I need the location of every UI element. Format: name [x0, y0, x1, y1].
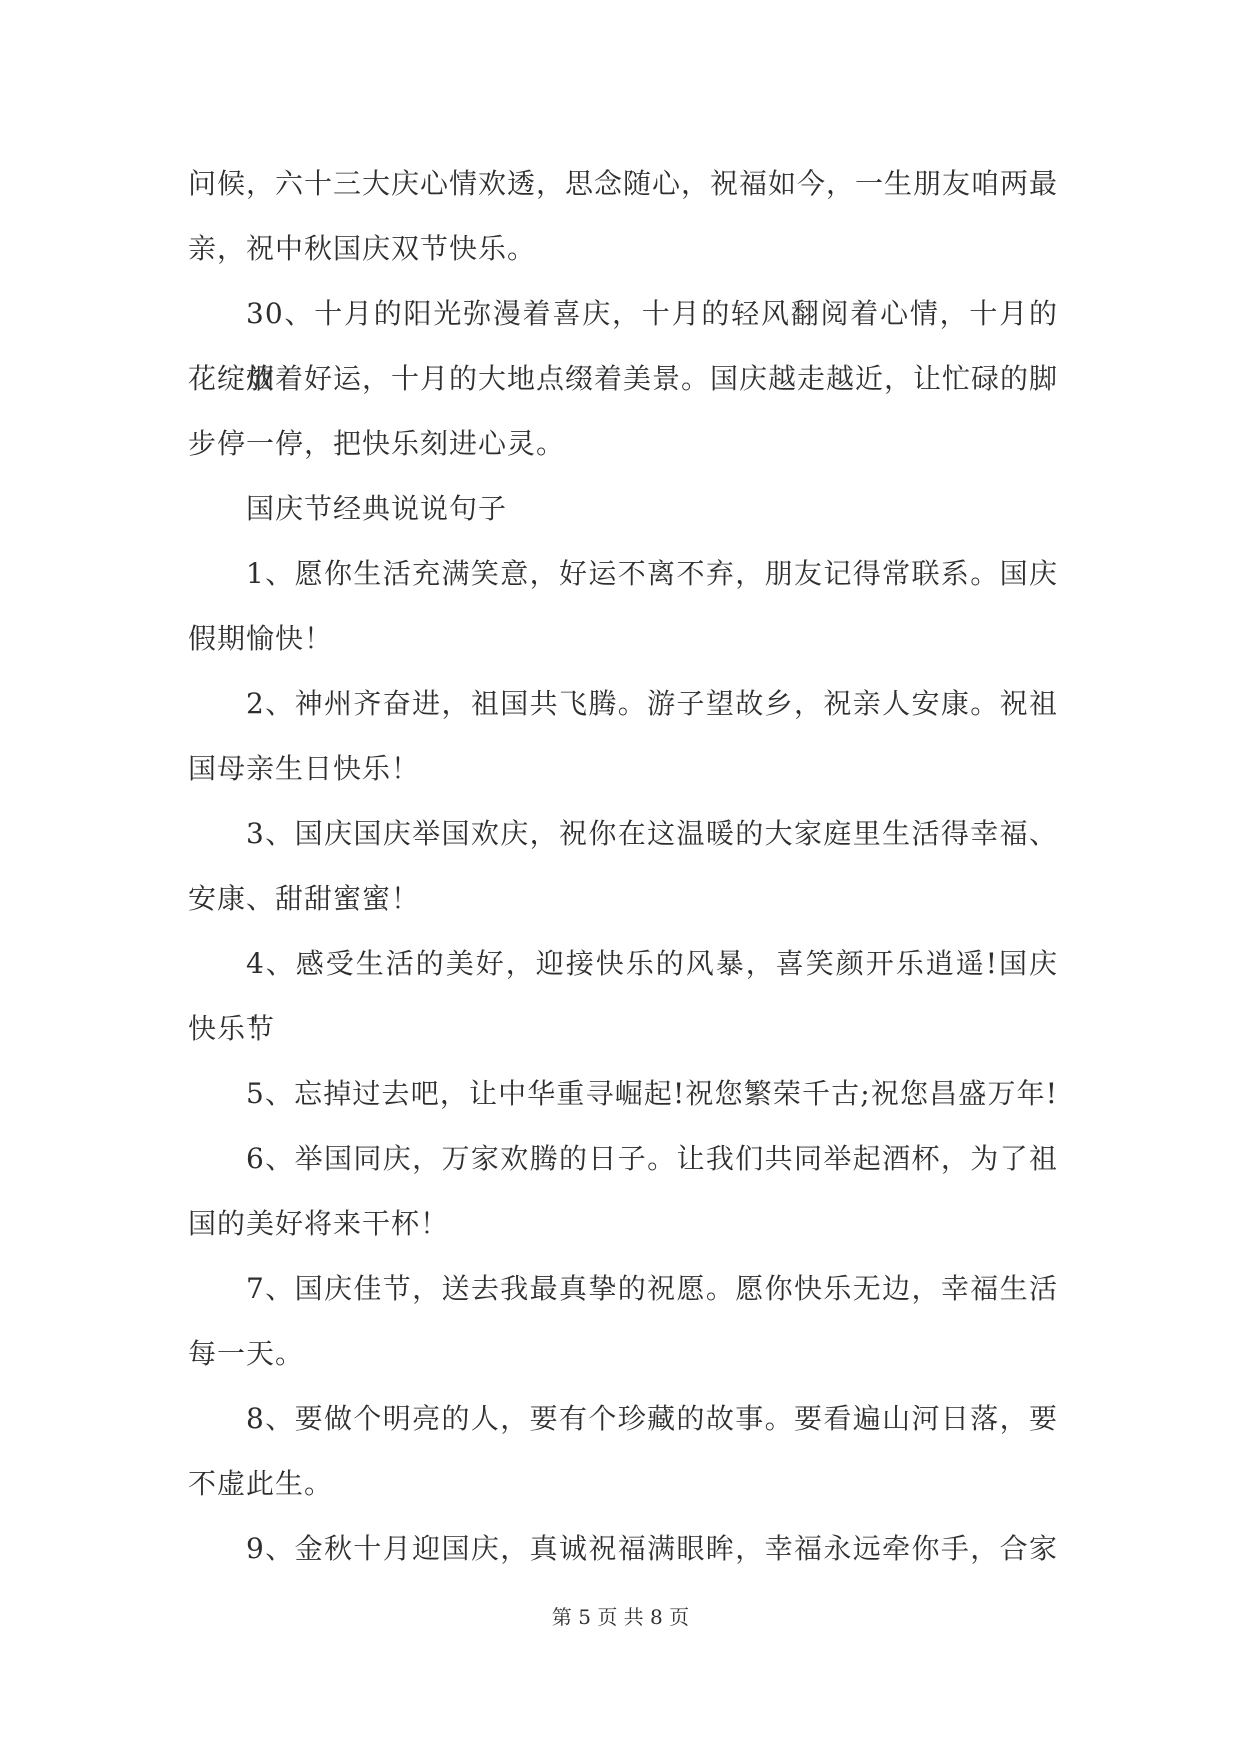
body-line-3: 30、十月的阳光弥漫着喜庆，十月的轻风翻阅着心情，十月的烟: [188, 281, 1058, 346]
body-line-4: 花绽放着好运，十月的大地点缀着美景。国庆越走越近，让忙碌的脚: [188, 346, 1058, 411]
body-line-16: 6、举国同庆，万家欢腾的日子。让我们共同举起酒杯，为了祖: [188, 1126, 1058, 1191]
body-line-8: 假期愉快！: [188, 606, 1058, 671]
body-line-20: 8、要做个明亮的人，要有个珍藏的故事。要看遍山河日落，要: [188, 1386, 1058, 1451]
body-line-13: 4、感受生活的美好，迎接快乐的风暴，喜笑颜开乐逍遥!国庆节: [188, 931, 1058, 996]
body-line-2: 亲，祝中秋国庆双节快乐。: [188, 216, 1058, 281]
body-line-18: 7、国庆佳节，送去我最真挚的祝愿。愿你快乐无边，幸福生活: [188, 1256, 1058, 1321]
body-line-1: 问候，六十三大庆心情欢透，思念随心，祝福如今，一生朋友咱两最: [188, 151, 1058, 216]
page-number-text: 第 5 页 共 8 页: [552, 1605, 689, 1629]
body-line-12: 安康、甜甜蜜蜜！: [188, 866, 1058, 931]
body-line-21: 不虚此生。: [188, 1451, 1058, 1516]
body-line-5: 步停一停，把快乐刻进心灵。: [188, 411, 1058, 476]
document-body: 问候，六十三大庆心情欢透，思念随心，祝福如今，一生朋友咱两最 亲，祝中秋国庆双节…: [188, 151, 1058, 1581]
body-line-11: 3、国庆国庆举国欢庆，祝你在这温暖的大家庭里生活得幸福、: [188, 801, 1058, 866]
body-line-10: 国母亲生日快乐！: [188, 736, 1058, 801]
body-line-19: 每一天。: [188, 1321, 1058, 1386]
body-line-9: 2、神州齐奋进，祖国共飞腾。游子望故乡，祝亲人安康。祝祖: [188, 671, 1058, 736]
page-footer: 第 5 页 共 8 页: [0, 1600, 1241, 1634]
document-page: 问候，六十三大庆心情欢透，思念随心，祝福如今，一生朋友咱两最 亲，祝中秋国庆双节…: [0, 0, 1241, 1754]
body-line-14: 快乐！: [188, 996, 1058, 1061]
section-heading: 国庆节经典说说句子: [188, 476, 1058, 541]
body-line-22: 9、金秋十月迎国庆，真诚祝福满眼眸，幸福永远牵你手，合家: [188, 1516, 1058, 1581]
body-line-7: 1、愿你生活充满笑意，好运不离不弃，朋友记得常联系。国庆: [188, 541, 1058, 606]
body-line-17: 国的美好将来干杯！: [188, 1191, 1058, 1256]
body-line-15: 5、忘掉过去吧，让中华重寻崛起!祝您繁荣千古;祝您昌盛万年!: [188, 1061, 1058, 1126]
